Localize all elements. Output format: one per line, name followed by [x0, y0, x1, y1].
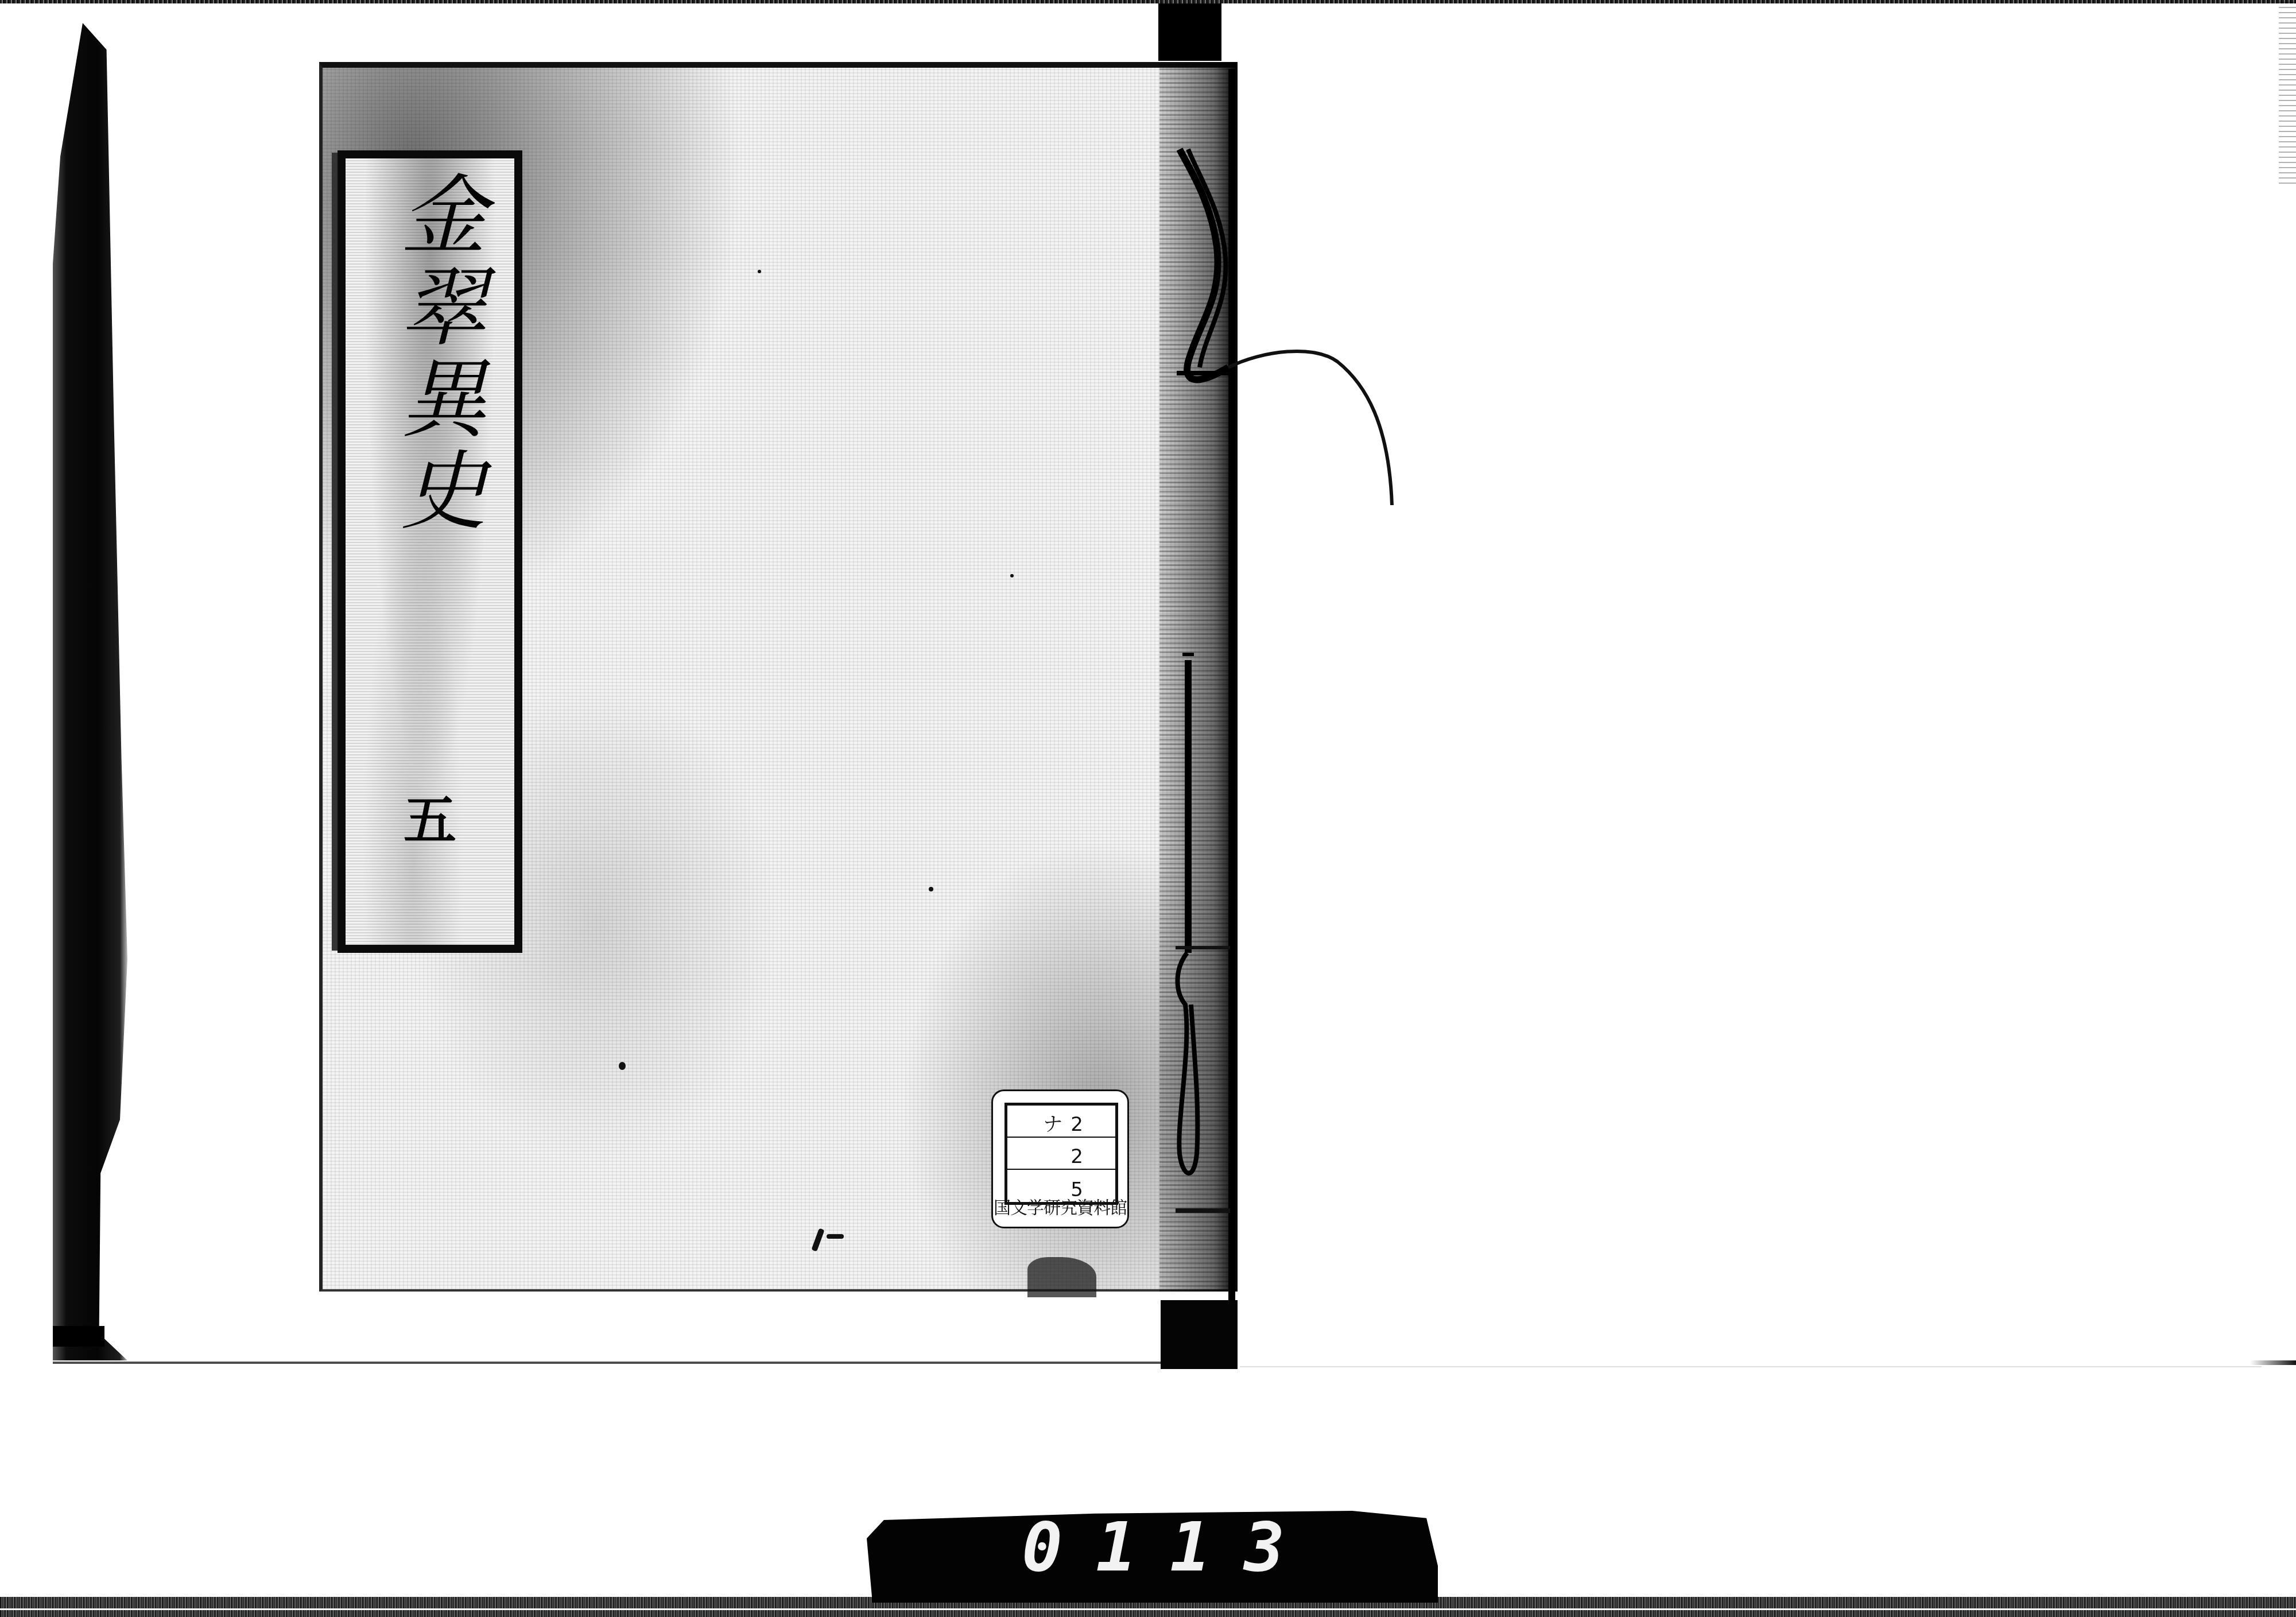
call-number-value: 2 — [1071, 1115, 1083, 1134]
binding-crossbar — [1176, 946, 1230, 949]
spine-cap-top — [1158, 3, 1221, 61]
binding-crossbar-lower — [1176, 1208, 1230, 1213]
call-number-label: ナ 2 2 5 国文学研究資料館 — [991, 1089, 1129, 1228]
next-page-foot — [2250, 1360, 2296, 1365]
frame-counter: 0113 — [1022, 1515, 1343, 1579]
binding-thread-lower-icon — [1171, 649, 1205, 1234]
call-number-value: 2 — [1071, 1147, 1083, 1166]
cover-speck — [1027, 1257, 1096, 1297]
next-page-edge — [2279, 0, 2296, 184]
previous-page-foot — [53, 1326, 104, 1347]
call-number-grid: ナ 2 2 5 — [1004, 1103, 1118, 1205]
previous-page-fore-edge — [53, 23, 127, 1360]
cover-speck — [619, 1062, 626, 1070]
call-number-kana: ナ — [1043, 1115, 1062, 1134]
title-slip: 金翠異史 五 — [338, 150, 522, 953]
call-number-row: ナ 2 — [1007, 1106, 1115, 1138]
call-number-row: 2 — [1007, 1138, 1115, 1170]
volume-number: 五 — [346, 778, 514, 854]
book-title: 金翠異史 — [381, 170, 479, 537]
cover-speck — [1010, 574, 1014, 577]
scan-top-edge — [0, 0, 2296, 3]
binding-thread-icon — [1165, 132, 1406, 522]
cover-speck — [929, 887, 933, 891]
cover-speck — [827, 1234, 844, 1239]
spine-cap-bottom — [1161, 1300, 1238, 1369]
next-page-ground — [1240, 1366, 2262, 1367]
scan-ground-line — [53, 1362, 1172, 1364]
cover-speck — [758, 270, 761, 273]
institution-name: 国文学研究資料館 — [993, 1193, 1127, 1219]
